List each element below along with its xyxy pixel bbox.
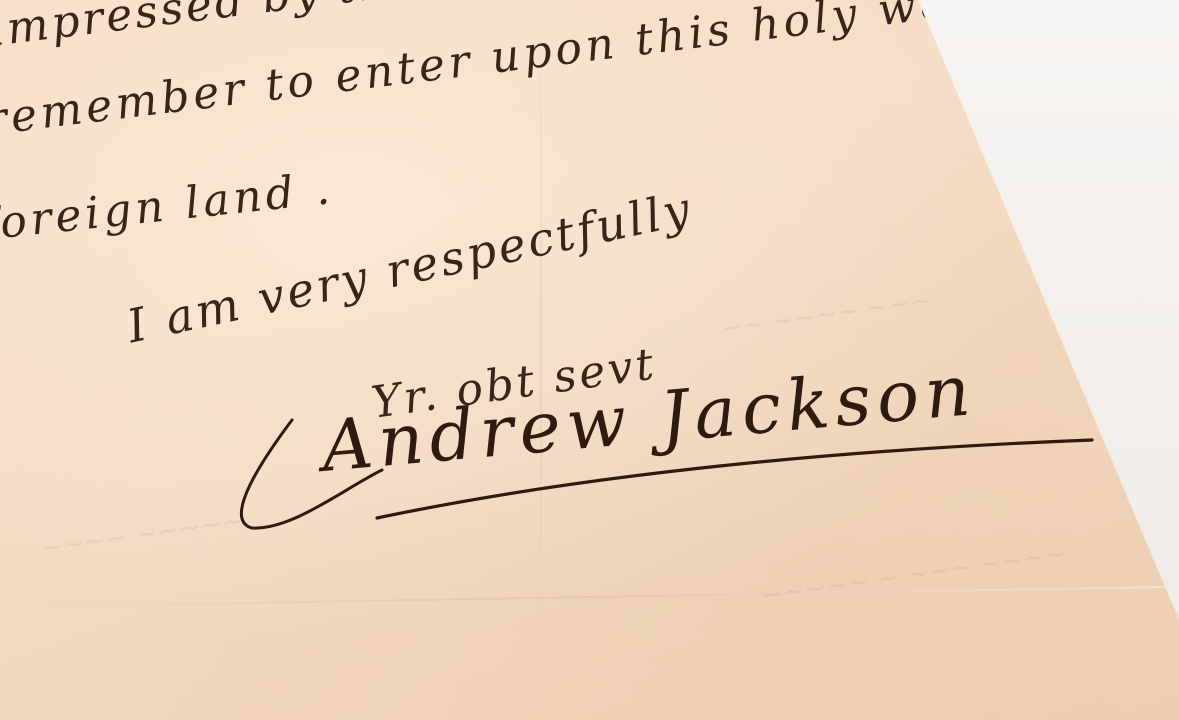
signature: Andrew Jackson [232, 400, 1102, 540]
paper-fold [0, 586, 1179, 609]
bleed-through-text: ~~~~ ~~~~~ [39, 506, 246, 564]
bleed-through-text: ~~~~~ ~ ~~~ ~~~~ [759, 539, 1068, 612]
bleed-through-text: ~~ ~~~~ ~~~ [719, 285, 934, 344]
letter-line: foreign land . [0, 163, 336, 251]
